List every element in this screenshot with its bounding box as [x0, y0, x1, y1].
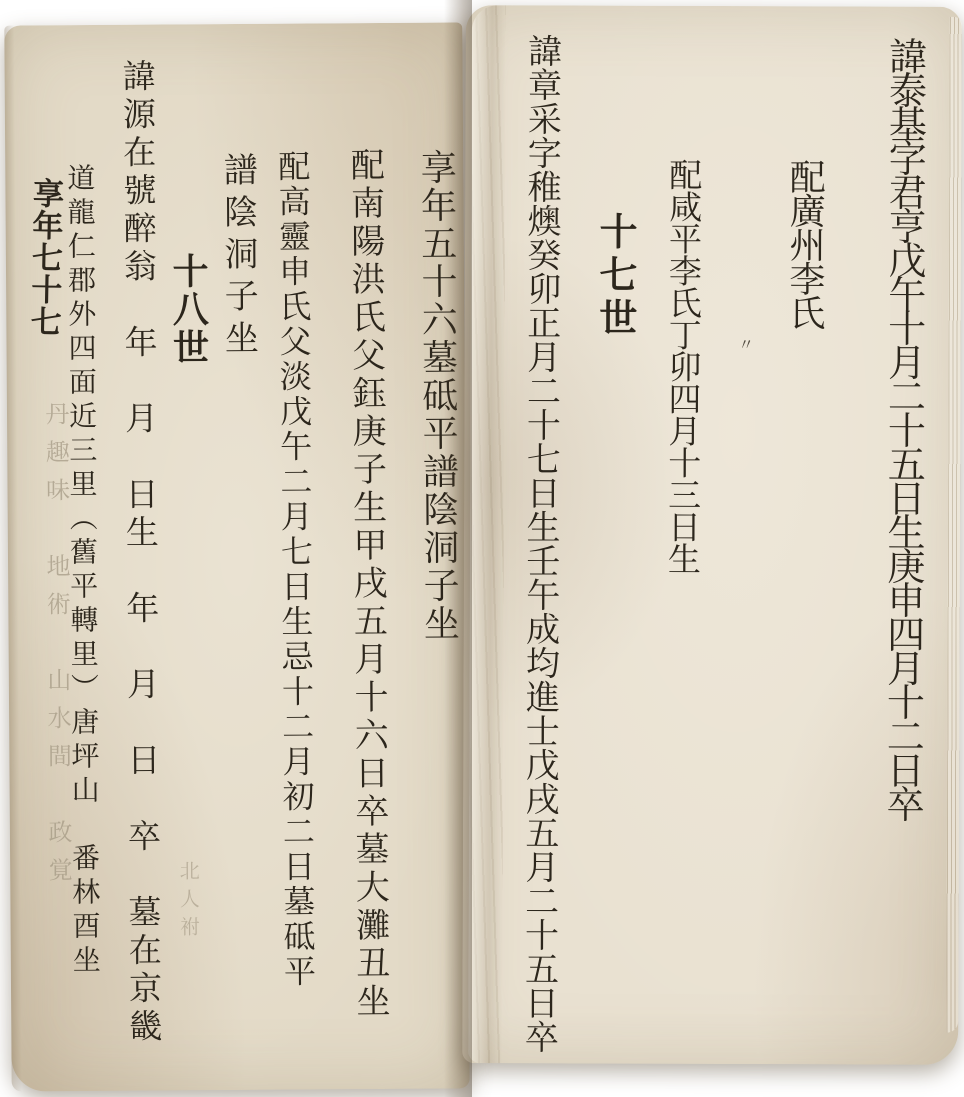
- col-spouse-goryeong-shin: 配高靈申氏父淡戊午二月七日生忌十二月初二日墓砥平: [276, 149, 314, 989]
- col-lifespan-77: 享年七十七: [26, 177, 60, 338]
- col-grave-eumdong: 譜陰洞子坐: [220, 152, 255, 362]
- left-page-rough-edge: [4, 26, 21, 1092]
- col-hwi-wonjae-chwiong: 諱源在號醉翁 年 月 日生 年 月 日 卒 墓在京畿: [121, 59, 161, 1047]
- col-spouse-gwangju-lee: 配廣州李氏: [786, 158, 823, 328]
- pencil-annotation-left-margin: 丹趣味 地術 山水間 政覚: [43, 401, 70, 895]
- small-ink-mark: 〃: [737, 336, 753, 352]
- left-page: 享年五十六墓砥平譜陰洞子坐 配南陽洪氏父鈺庚子生甲戌五月十六日卒墓大灘丑坐 配高…: [4, 22, 469, 1091]
- col-lifespan-56-grave: 享年五十六墓砥平譜陰洞子坐: [417, 148, 456, 642]
- col-spouse-hampyeong-lee: 配咸平李氏丁卯四月十三日生: [666, 158, 700, 574]
- generation-18-label: 十八世: [170, 252, 207, 366]
- col-hwi-taegi: 諱泰基字君亨戊午十月二十五日生庚申四月十二日卒: [883, 37, 924, 819]
- right-page: 諱泰基字君亨戊午十月二十五日生庚申四月十二日卒 配廣州李氏 配咸平李氏丁卯四月十…: [462, 5, 962, 1065]
- book-fore-edge: [946, 17, 962, 1033]
- generation-17-label: 十七世: [596, 212, 634, 341]
- manuscript-book-spread: 享年五十六墓砥平譜陰洞子坐 配南陽洪氏父鈺庚子生甲戌五月十六日卒墓大灘丑坐 配高…: [0, 0, 964, 1097]
- fold-crease-lines: [468, 5, 506, 1063]
- pencil-annotation-near-fold: 北人祔: [178, 860, 199, 944]
- col-hwi-jangchae: 諱章采字稚燠癸卯正月二十七日生壬午成均進士戊戌五月二十五日卒: [521, 33, 559, 1053]
- col-spouse-namyang-hong: 配南陽洪氏父鈺庚子生甲戌五月十六日卒墓大灘丑坐: [347, 147, 387, 1021]
